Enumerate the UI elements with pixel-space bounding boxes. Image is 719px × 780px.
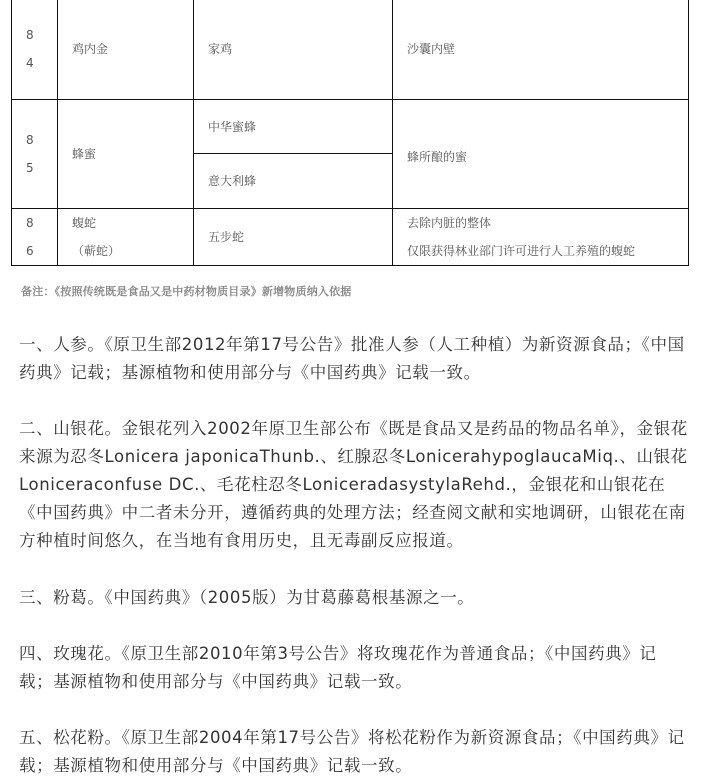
table-row: 8 4 鸡内金 家鸡 沙囊内壁	[12, 0, 689, 100]
source-species: 中华蜜蜂	[194, 100, 393, 154]
used-part: 沙囊内壁	[393, 0, 689, 100]
row-number: 8 4	[12, 0, 58, 100]
paragraph-pine-pollen: 五、松花粉。《原卫生部2004年第17号公告》将松花粉作为新资源食品；《中国药典…	[19, 724, 689, 780]
substance-name: 蜂蜜	[58, 100, 194, 209]
source-species: 家鸡	[194, 0, 393, 100]
paragraph-rose: 四、玫瑰花。《原卫生部2010年第3号公告》将玫瑰花作为普通食品；《中国药典》记…	[19, 640, 689, 696]
row-number: 8 6	[12, 209, 58, 266]
table-note: 备注：《按照传统既是食品又是中药材物质目录》新增物质纳入依据	[21, 283, 352, 299]
row-number: 8 5	[12, 100, 58, 209]
used-part: 蜂所酿的蜜	[393, 100, 689, 209]
paragraph-shanyinhua: 二、山银花。金银花列入2002年原卫生部公布《既是食品又是药品的物品名单》，金银…	[19, 415, 689, 555]
source-species: 五步蛇	[194, 209, 393, 266]
paragraph-fenge: 三、粉葛。《中国药典》（2005版）为甘葛藤葛根基源之一。	[19, 584, 689, 612]
table-row: 8 5 蜂蜜 中华蜜蜂 蜂所酿的蜜	[12, 100, 689, 154]
substance-name: 蝮蛇 （蕲蛇）	[58, 209, 194, 266]
substance-table: 8 4 鸡内金 家鸡 沙囊内壁 8 5 蜂蜜 中华蜜蜂 蜂所酿的蜜 意大利蜂 8…	[11, 0, 689, 266]
paragraph-ginseng: 一、人参。《原卫生部2012年第17号公告》批准人参（人工种植）为新资源食品；《…	[19, 331, 689, 387]
source-species: 意大利蜂	[194, 154, 393, 209]
table-row: 8 6 蝮蛇 （蕲蛇） 五步蛇 去除内脏的整体 仅限获得林业部门许可进行人工养殖…	[12, 209, 689, 266]
used-part: 去除内脏的整体 仅限获得林业部门许可进行人工养殖的蝮蛇	[393, 209, 689, 266]
substance-name: 鸡内金	[58, 0, 194, 100]
